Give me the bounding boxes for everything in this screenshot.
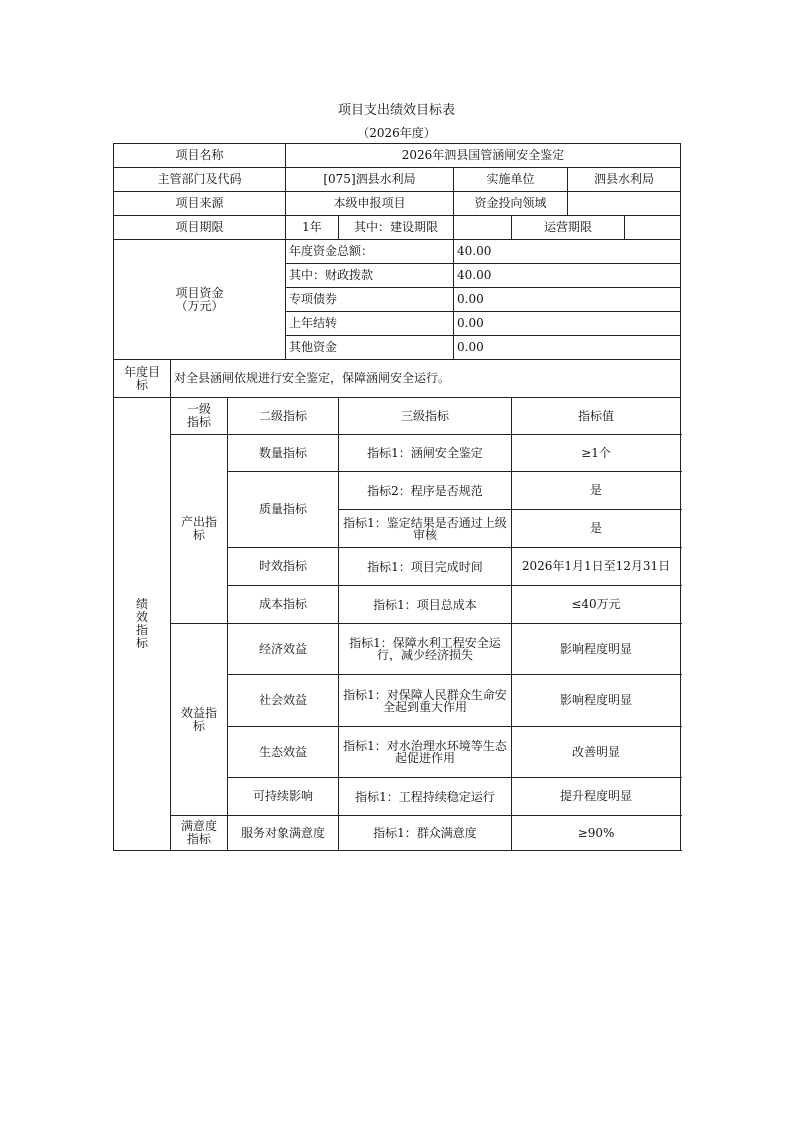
fund-field-value <box>568 192 681 216</box>
value-cell: ≤40万元 <box>512 586 681 624</box>
level2-cell: 成本指标 <box>228 586 339 624</box>
level3-cell: 指标1：保障水利工程安全运行，减少经济损失 <box>339 624 512 675</box>
header-value: 指标值 <box>512 398 681 435</box>
impl-unit-value: 泗县水利局 <box>568 168 681 192</box>
header-level3: 三级指标 <box>339 398 512 435</box>
project-name-label: 项目名称 <box>114 144 286 168</box>
level3-cell: 指标1：项目总成本 <box>339 586 512 624</box>
fund-row-value: 0.00 <box>454 288 681 312</box>
level2-cell: 生态效益 <box>228 727 339 778</box>
build-period-value <box>454 216 512 240</box>
level3-cell: 指标1：项目完成时间 <box>339 548 512 586</box>
value-cell: 2026年1月1日至12月31日 <box>512 548 681 586</box>
performance-table: 项目名称 2026年泗县国管涵闸安全鉴定 主管部门及代码 [075]泗县水利局 … <box>113 143 681 851</box>
fund-row-label: 上年结转 <box>286 312 454 336</box>
funds-label: 项目资金 （万元） <box>114 240 286 360</box>
level1-output: 产出指标 <box>171 435 228 624</box>
level3-cell: 指标1：对水治理水环境等生态起促进作用 <box>339 727 512 778</box>
value-cell: 影响程度明显 <box>512 624 681 675</box>
page-subtitle: （2026年度） <box>0 124 793 141</box>
period-label: 项目期限 <box>114 216 286 240</box>
page-title: 项目支出绩效目标表 <box>0 99 793 118</box>
value-cell: 改善明显 <box>512 727 681 778</box>
fund-row-value: 0.00 <box>454 312 681 336</box>
fund-row-label: 年度资金总额： <box>286 240 454 264</box>
fund-row-label: 专项债券 <box>286 288 454 312</box>
header-level2: 二级指标 <box>228 398 339 435</box>
level2-cell: 数量指标 <box>228 435 339 472</box>
funds-label-line1: 项目资金 <box>116 287 283 300</box>
level1-satisfaction: 满意度指标 <box>171 816 228 851</box>
level3-cell: 指标1：涵闸安全鉴定 <box>339 435 512 472</box>
level2-cell: 时效指标 <box>228 548 339 586</box>
project-name-value: 2026年泗县国管涵闸安全鉴定 <box>286 144 681 168</box>
fund-row-label: 其他资金 <box>286 336 454 360</box>
level1-benefit: 效益指标 <box>171 624 228 816</box>
value-cell: 是 <box>512 510 681 548</box>
op-period-value <box>625 216 681 240</box>
level3-cell: 指标1：对保障人民群众生命安全起到重大作用 <box>339 675 512 727</box>
fund-field-label: 资金投向领域 <box>454 192 568 216</box>
value-cell: ≥1个 <box>512 435 681 472</box>
level3-cell: 指标2：程序是否规范 <box>339 472 512 510</box>
level2-cell: 经济效益 <box>228 624 339 675</box>
level2-cell: 质量指标 <box>228 472 339 548</box>
funds-label-line2: （万元） <box>116 300 283 313</box>
source-value: 本级申报项目 <box>286 192 454 216</box>
fund-row-value: 0.00 <box>454 336 681 360</box>
source-label: 项目来源 <box>114 192 286 216</box>
level2-cell: 社会效益 <box>228 675 339 727</box>
fund-row-value: 40.00 <box>454 264 681 288</box>
value-cell: ≥90% <box>512 816 681 851</box>
level2-cell: 可持续影响 <box>228 778 339 816</box>
dept-label: 主管部门及代码 <box>114 168 286 192</box>
impl-unit-label: 实施单位 <box>454 168 568 192</box>
value-cell: 提升程度明显 <box>512 778 681 816</box>
op-period-label: 运营期限 <box>512 216 625 240</box>
fund-row-label: 其中：财政拨款 <box>286 264 454 288</box>
period-value: 1年 <box>286 216 339 240</box>
value-cell: 影响程度明显 <box>512 675 681 727</box>
header-level1: 一级指标 <box>171 398 228 435</box>
level3-cell: 指标1：群众满意度 <box>339 816 512 851</box>
build-period-label: 其中：建设期限 <box>339 216 454 240</box>
level3-cell: 指标1：工程持续稳定运行 <box>339 778 512 816</box>
dept-value: [075]泗县水利局 <box>286 168 454 192</box>
level2-cell: 服务对象满意度 <box>228 816 339 851</box>
perf-section-label: 绩效指标 <box>114 398 171 851</box>
fund-row-value: 40.00 <box>454 240 681 264</box>
value-cell: 是 <box>512 472 681 510</box>
level3-cell: 指标1：鉴定结果是否通过上级审核 <box>339 510 512 548</box>
annual-goal-label: 年度目标 <box>114 360 171 398</box>
annual-goal-text: 对全县涵闸依规进行安全鉴定，保障涵闸安全运行。 <box>171 360 681 398</box>
